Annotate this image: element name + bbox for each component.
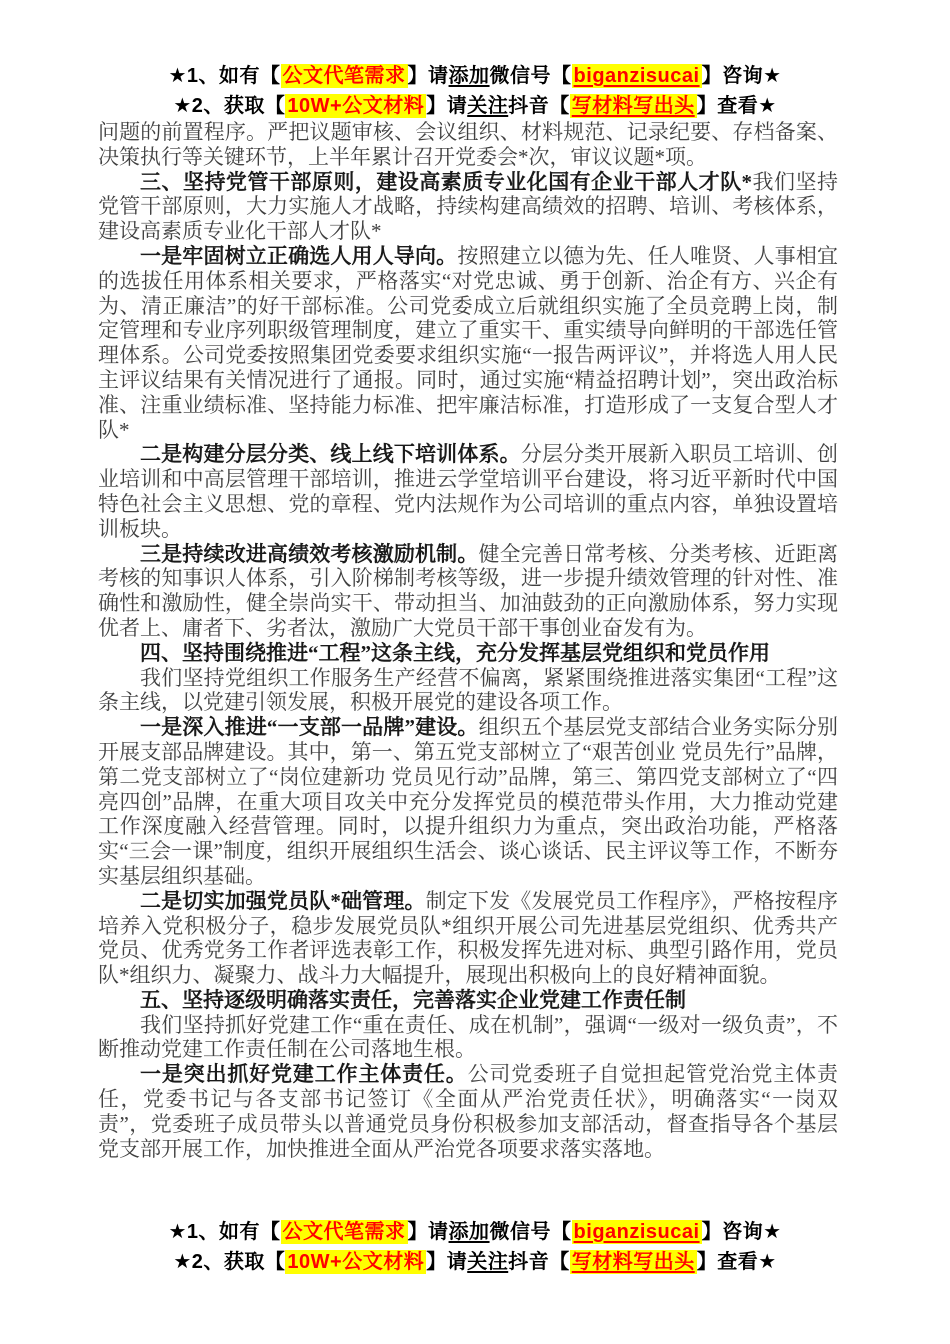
banner-segment: 关注 [467,95,508,117]
banner-segment: 添加 [449,1221,490,1243]
banner-segment: 10W+公文材料 [285,94,426,118]
paragraph-lead: 一是牢固树立正确选人用人导向。 [140,244,457,268]
banner-segment: ★1、如有【 [168,65,280,87]
paragraph-text: 组织五个基层党支部结合业务实际分别开展支部品牌建设。其中，第一、第五党支部树立了… [98,715,838,888]
paragraph: 我们坚持抓好党建工作“重在责任、成在机制”，强调“一级对一级负责”，不断推动党建… [98,1013,838,1063]
banner-segment: 】咨询★ [702,65,782,87]
paragraph-text: 按照建立以德为先、任人唯贤、人事相宜的选拔任用体系相关要求，严格落实“对党忠诚、… [98,244,838,442]
banner-segment: ★2、获取【 [173,1251,285,1273]
banner-segment: 添加 [449,65,490,87]
banner-segment: 】请 [426,1251,467,1273]
paragraph: 二是切实加强党员队*础管理。制定下发《发展党员工作程序》，严格按程序培养入党积极… [98,889,838,988]
banner-segment: 微信号【 [490,65,572,87]
banner-segment: ★1、如有【 [168,1221,280,1243]
paragraph-lead: 一是突出抓好党建工作主体责任。 [140,1062,468,1086]
document-body: 问题的前置程序。严把议题审核、会议组织、材料规范、记录纪要、存档备案、决策执行等… [98,120,838,1161]
banner-segment: 公文代笔需求 [281,64,408,88]
paragraph-lead: 二是构建分层分类、线上线下培训体系。 [140,442,521,466]
paragraph: 一是突出抓好党建工作主体责任。公司党委班子自觉担起管党治党主体责任，党委书记与各… [98,1062,838,1161]
banner-segment: 公文代笔需求 [281,1220,408,1244]
header-ad-line-1: ★1、如有【公文代笔需求】请添加微信号【biganzisucai】咨询★ [0,61,950,91]
banner-segment: 】请 [426,95,467,117]
banner-segment: 】请 [408,1221,449,1243]
paragraph: 四、坚持围绕推进“工程”这条主线，充分发挥基层党组织和党员作用 [98,641,838,666]
paragraph-lead: 一是深入推进“一支部一品牌”建设。 [140,715,479,739]
paragraph: 三是持续改进高绩效考核激励机制。健全完善日常考核、分类考核、近距离考核的知事识人… [98,542,838,641]
paragraph-text: 我们坚持党组织工作服务生产经营不偏离，紧紧围绕推进落实集团“工程”这条主线，以党… [98,666,838,715]
document-page: ★1、如有【公文代笔需求】请添加微信号【biganzisucai】咨询★★2、获… [0,0,950,1344]
banner-segment: ★2、获取【 [173,95,285,117]
banner-segment: biganzisucai [572,64,702,88]
banner-segment: 关注 [467,1251,508,1273]
paragraph-lead: 五、坚持逐级明确落实责任，完善落实企业党建工作责任制 [140,988,686,1012]
paragraph: 五、坚持逐级明确落实责任，完善落实企业党建工作责任制 [98,988,838,1013]
paragraph-lead: 四、坚持围绕推进“工程”这条主线，充分发挥基层党组织和党员作用 [140,641,770,665]
paragraph: 问题的前置程序。严把议题审核、会议组织、材料规范、记录纪要、存档备案、决策执行等… [98,120,838,170]
paragraph: 我们坚持党组织工作服务生产经营不偏离，紧紧围绕推进落实集团“工程”这条主线，以党… [98,666,838,716]
banner-segment: 写材料写出头 [570,94,697,118]
footer-ad-line-2: ★2、获取【10W+公文材料】请关注抖音【写材料写出头】查看★ [0,1247,950,1277]
banner-segment: 】查看★ [697,95,777,117]
paragraph: 二是构建分层分类、线上线下培训体系。分层分类开展新入职员工培训、创业培训和中高层… [98,442,838,541]
paragraph: 一是深入推进“一支部一品牌”建设。组织五个基层党支部结合业务实际分别开展支部品牌… [98,715,838,889]
banner-segment: 】咨询★ [702,1221,782,1243]
banner-segment: 10W+公文材料 [285,1250,426,1274]
header-ad-line-2: ★2、获取【10W+公文材料】请关注抖音【写材料写出头】查看★ [0,91,950,121]
banner-segment: 抖音【 [508,95,570,117]
banner-segment: 】请 [408,65,449,87]
footer-ad-banner: ★1、如有【公文代笔需求】请添加微信号【biganzisucai】咨询★★2、获… [0,1217,950,1277]
paragraph-text: 我们坚持抓好党建工作“重在责任、成在机制”，强调“一级对一级负责”，不断推动党建… [98,1013,838,1062]
banner-segment: 抖音【 [508,1251,570,1273]
paragraph-lead: 三是持续改进高绩效考核激励机制。 [140,542,479,566]
banner-segment: 微信号【 [490,1221,572,1243]
banner-segment: biganzisucai [572,1220,702,1244]
header-ad-banner: ★1、如有【公文代笔需求】请添加微信号【biganzisucai】咨询★★2、获… [0,61,950,121]
banner-segment: 】查看★ [697,1251,777,1273]
paragraph-lead: 二是切实加强党员队*础管理。 [140,889,426,913]
paragraph-lead: 三、坚持党管干部原则，建设高素质专业化国有企业干部人才队* [140,170,752,194]
footer-ad-line-1: ★1、如有【公文代笔需求】请添加微信号【biganzisucai】咨询★ [0,1217,950,1247]
paragraph: 一是牢固树立正确选人用人导向。按照建立以德为先、任人唯贤、人事相宜的选拔任用体系… [98,244,838,442]
paragraph: 三、坚持党管干部原则，建设高素质专业化国有企业干部人才队*我们坚持党管干部原则，… [98,170,838,244]
paragraph-text: 问题的前置程序。严把议题审核、会议组织、材料规范、记录纪要、存档备案、决策执行等… [98,120,838,169]
banner-segment: 写材料写出头 [570,1250,697,1274]
